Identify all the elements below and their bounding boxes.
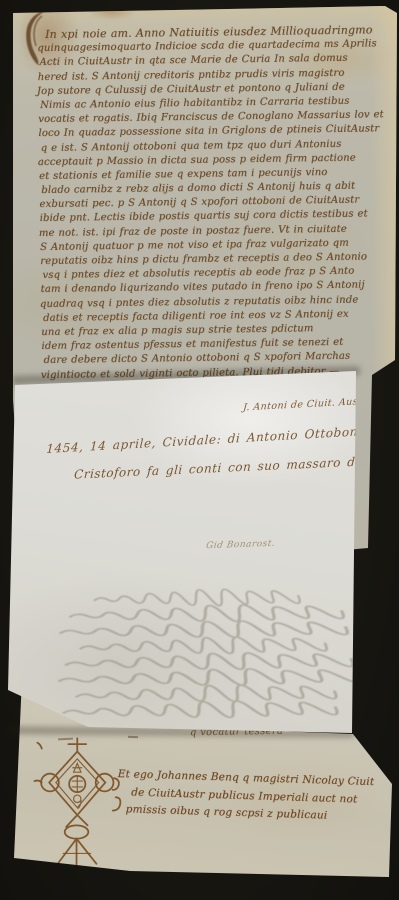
notary-subscription-block: Et ego Johannes Benq q magistri Nicolay … xyxy=(116,766,388,827)
manuscript-text-block: In xpi noie am. Anno Natiuitis eiusdez M… xyxy=(37,23,396,397)
archival-document-photo: In xpi noie am. Anno Natiuitis eiusdez M… xyxy=(0,0,399,900)
notary-signum-mark xyxy=(30,735,126,867)
top-edge-stain xyxy=(88,3,136,20)
pen-tick xyxy=(128,736,138,738)
